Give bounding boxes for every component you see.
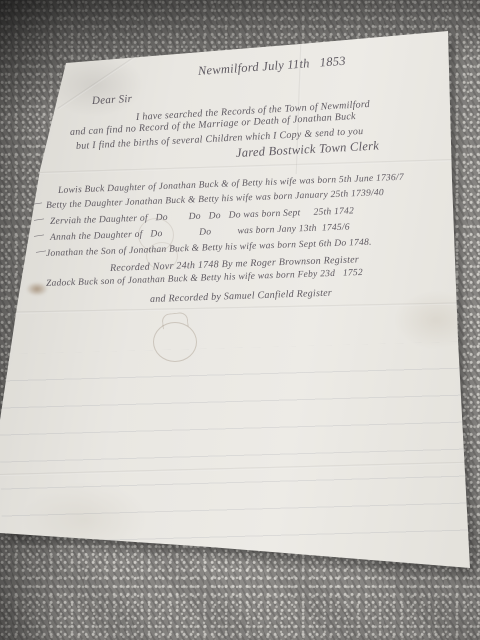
margin-tick: — (35, 245, 46, 257)
recorded-by-line: and Recorded by Samuel Canfield Register (150, 288, 332, 305)
letter-paper: Newmilford July 11th 1853 Dear Sir I hav… (0, 0, 480, 640)
fold-crease (40, 159, 460, 174)
ruled-lines (0, 341, 473, 566)
margin-tick: — (33, 229, 44, 241)
ink-smudge (26, 282, 48, 296)
dateline: Newmilford July 11th 1853 (197, 54, 346, 79)
photo-of-letter: Newmilford July 11th 1853 Dear Sir I hav… (0, 0, 480, 640)
embossed-seal-crown-icon (161, 312, 188, 330)
record-line: Zadock Buck son of Jonathan Buck & Betty… (46, 268, 363, 289)
margin-tick: — (33, 213, 44, 225)
salutation: Dear Sir (92, 93, 133, 107)
paper-shadow: Newmilford July 11th 1853 Dear Sir I hav… (0, 0, 480, 640)
margin-tick: — (31, 197, 42, 209)
fold-crease (0, 302, 462, 314)
